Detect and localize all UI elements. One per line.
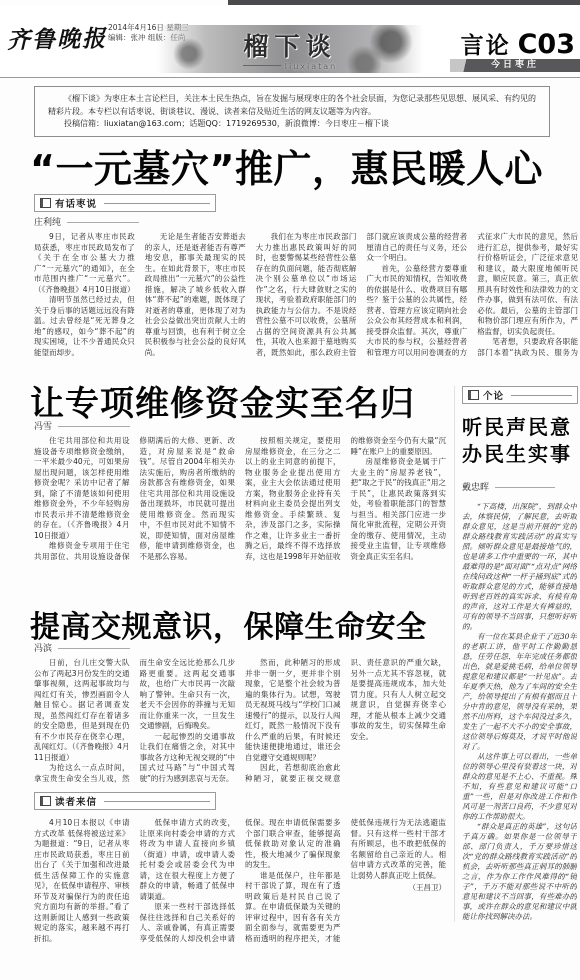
section-head: 言论 C03: [461, 27, 575, 60]
section-tag-reader-letter: 读者来信: [34, 792, 216, 810]
newspaper-icon: [468, 390, 479, 400]
lead-author-byline: 庄利纯: [34, 215, 139, 228]
section-tag-youhuazaoshuo: 有话枣说: [34, 194, 216, 212]
author-name: 冯滨: [34, 644, 52, 654]
author-name: 冯雪: [34, 422, 52, 432]
reader-letter-body: 4月10日本报以《申请方式改革 低保将被送过来》为题报道：“9日，记者从枣庄市民…: [34, 818, 446, 960]
traffic-article-body: 日前，台儿庄交警大队公布了两起3月份发生的交通肇事视频，这两起事故均与闯红灯有关…: [34, 658, 446, 788]
tag-rule: [104, 801, 210, 802]
traffic-author-byline: 冯滨: [34, 641, 130, 654]
lead-article-body: 9日，记者从枣庄市民政局获悉，枣庄市民政局发布了《关于在全市公墓大力推广“一元墓…: [34, 232, 578, 368]
sidebar-author-byline: 戴忠晖: [462, 480, 577, 493]
column-banner: 榴下谈 liuxiatan: [157, 25, 423, 73]
letter-signature: （王昌卫）: [351, 883, 447, 894]
tag-rule: [511, 395, 572, 396]
sidebar-headline: 听民声民意 办民生实事: [462, 414, 577, 468]
paper-logo: 齐鲁晚报: [7, 20, 108, 55]
section-label: 言论: [461, 27, 511, 60]
repair-fund-author-byline: 冯雪: [34, 419, 130, 432]
newspaper-icon: [40, 198, 51, 208]
banner-subtitle: liuxiatan: [243, 63, 337, 71]
repair-fund-headline: 让专项维修资金实至名归: [30, 376, 415, 425]
masthead: 齐鲁晚报 2014年4月16日 星期三 编辑：张冲 组版：任尚 榴下谈 liux…: [0, 5, 580, 78]
banner-title: 榴下谈: [243, 27, 336, 63]
author-name: 戴忠晖: [462, 483, 489, 493]
author-name: 庄利纯: [34, 218, 61, 228]
column-intro-box: 《榴下谈》为枣庄本土言论栏目，关注本土民生热点，旨在发掘与展现枣庄的各个社会层面…: [34, 86, 550, 137]
lead-headline: “一元墓穴”推广，惠民暖人心: [30, 138, 543, 193]
repair-fund-article-body: 住宅共用部位和共用设施设备专项维修资金缴纳，一平米最少40元，可如果房屋出现问题…: [34, 436, 446, 598]
newspaper-icon: [40, 796, 51, 806]
page-number: C03: [518, 29, 575, 60]
tag-rule: [104, 203, 210, 204]
intro-text: 《榴下谈》为枣庄本土言论栏目，关注本土民生热点，旨在发掘与展现枣庄的各个社会层面…: [48, 93, 536, 131]
traffic-headline: 提高交规意识，保障生命安全: [30, 602, 427, 646]
sidebar-article-body: “下高楼，出深院”，到群众中去，体察民情，了解民意，去听取群众意见，这是当前开展…: [462, 502, 577, 922]
sidebar-headline-line2: 办民生实事: [462, 441, 577, 468]
sidebar-headline-line1: 听民声民意: [462, 414, 577, 441]
section-tag-gelun: 个论: [462, 386, 578, 404]
opinion-sidebar: 个论 听民声民意 办民生实事 戴忠晖 “下高楼，出深院”，到群众中去，体察民情，…: [454, 386, 577, 922]
edition-badge: 今日枣庄: [450, 59, 580, 72]
newspaper-page: 齐鲁晚报 2014年4月16日 星期三 编辑：张冲 组版：任尚 榴下谈 liux…: [0, 0, 580, 980]
